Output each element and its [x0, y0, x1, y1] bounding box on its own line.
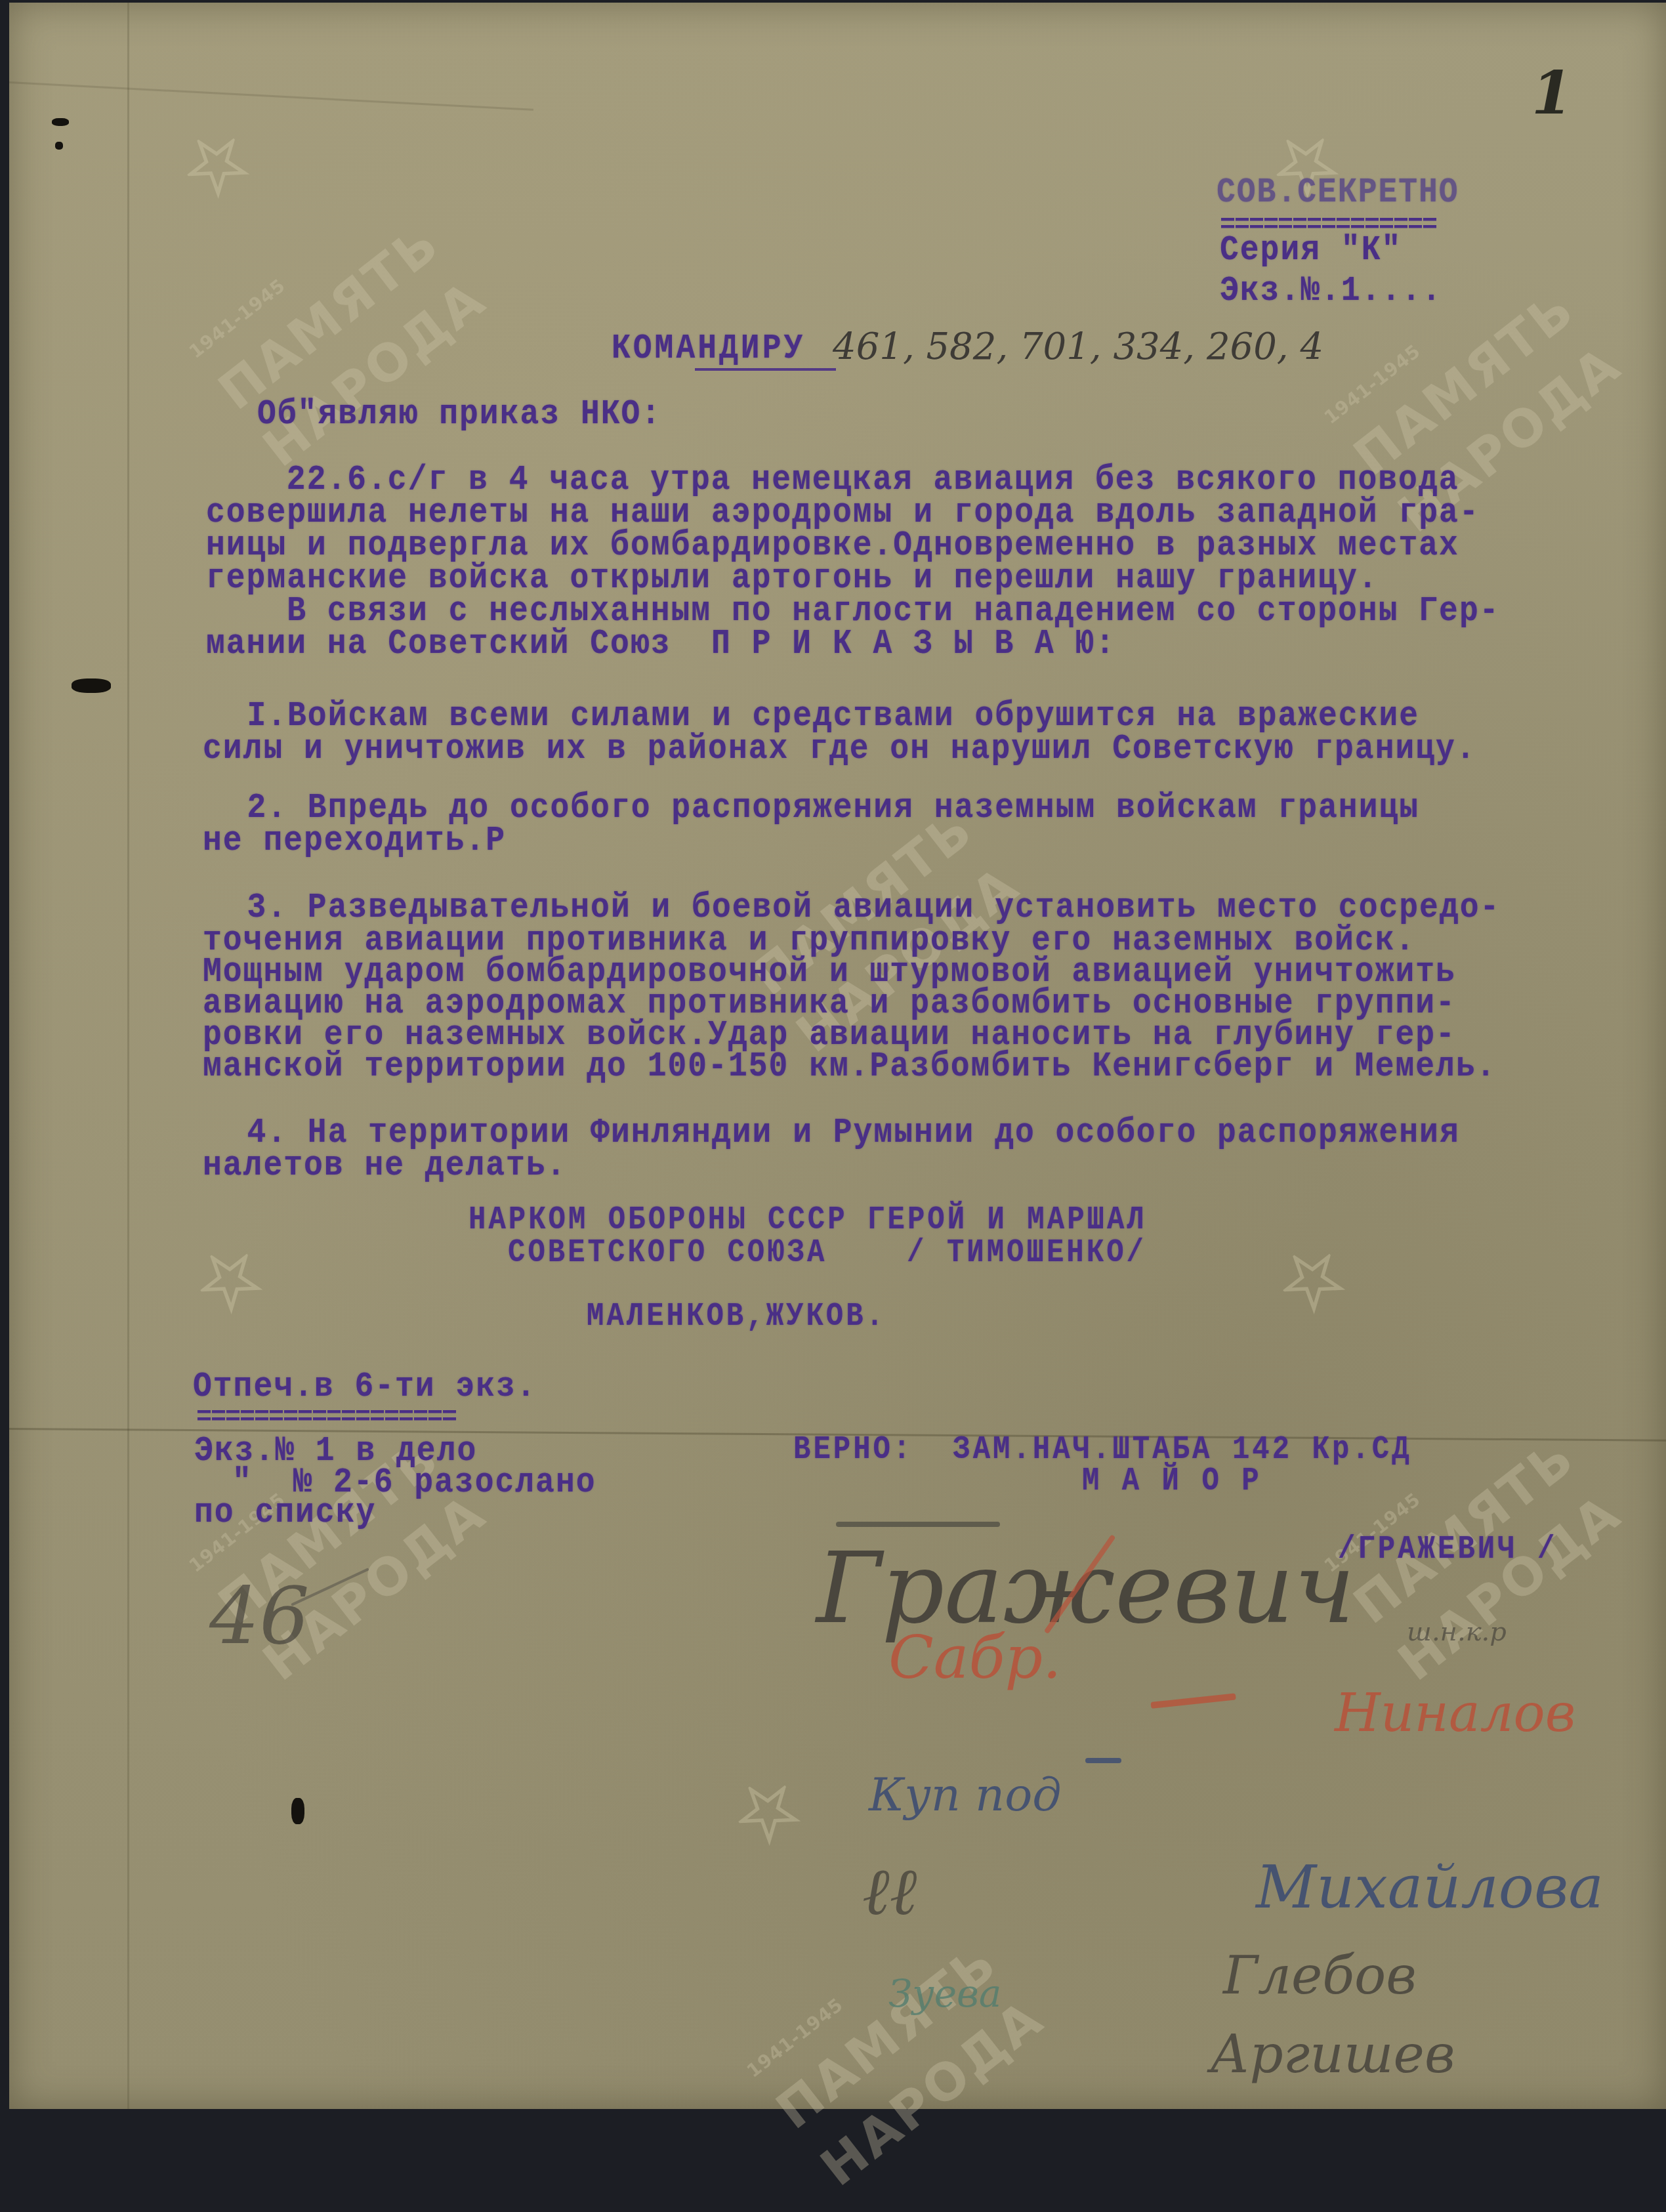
punch-hole	[291, 1798, 304, 1824]
punch-hole	[55, 142, 63, 150]
series-label: Серия "К"	[1220, 232, 1402, 269]
copy-number: Экз.№.1....	[1220, 273, 1442, 310]
star-icon	[188, 1238, 270, 1320]
star-icon	[726, 1769, 808, 1852]
signature-flourish	[836, 1522, 1000, 1527]
cosignatories: МАЛЕНКОВ,ЖУКОВ.	[587, 1299, 886, 1335]
handwritten-unit-numbers: 461, 582, 701, 334, 260, 4	[833, 325, 1323, 368]
signatory-name: СОВЕТСКОГО СОЮЗА / ТИМОШЕНКО/	[508, 1235, 1146, 1272]
star-icon	[175, 122, 257, 205]
officer-rank: М А Й О Р	[1082, 1463, 1262, 1500]
paper-crease	[9, 81, 533, 111]
blue-pencil-stroke	[1085, 1758, 1121, 1763]
addressee-label: КОМАНДИРУ	[612, 331, 805, 367]
punch-hole	[72, 678, 111, 693]
distribution-separator: ==================	[196, 1404, 456, 1433]
item-line: налетов не делать.	[203, 1148, 566, 1184]
punch-hole	[52, 118, 69, 126]
item-line: манской территории до 100-150 км.Разбомб…	[203, 1049, 1497, 1085]
star-icon	[1270, 1238, 1353, 1320]
handwritten-small-note: ш.н.к.р	[1407, 1617, 1507, 1647]
item-line: силы и уничтожив их в районах где он нар…	[203, 731, 1476, 768]
signatory-title: НАРКОМ ОБОРОНЫ СССР ГЕРОЙ И МАРШАЛ	[469, 1202, 1147, 1239]
red-pencil-stroke	[1150, 1693, 1236, 1709]
handwritten-signature-lower: ℓℓ	[862, 1853, 917, 1930]
handwritten-signature-right-1: Михайлова	[1256, 1853, 1604, 1922]
paper-fold	[127, 3, 129, 2109]
document-page: 1941-1945 ПАМЯТЬ НАРОДА 1941-1945 ПАМЯТЬ…	[9, 3, 1666, 2109]
handwritten-signature-right-3: Аргишев	[1210, 2024, 1455, 2085]
item-line: не переходить.Р	[203, 823, 506, 860]
handwritten-red-note-2: Ниналов	[1335, 1682, 1575, 1743]
handwritten-red-note: Сабр.	[888, 1623, 1062, 1692]
body-line: мании на Советский Союз П Р И К А З Ы В …	[206, 626, 1115, 663]
secrecy-label: СОВ.СЕКРЕТНО	[1217, 175, 1459, 211]
addressee-underline	[695, 368, 836, 371]
handwritten-margin-number: 46	[209, 1571, 310, 1662]
distribution-list: по списку	[194, 1495, 376, 1532]
handwritten-blue-note: Куп под	[869, 1768, 1062, 1822]
officer-name: /ГРАЖЕВИЧ /	[1338, 1532, 1557, 1568]
watermark: 1941-1945 ПАМЯТЬ НАРОДА	[173, 168, 508, 492]
handwritten-green-note: Зуева	[888, 1971, 1001, 2016]
copies-printed: Отпеч.в 6-ти экз.	[193, 1369, 537, 1406]
handwritten-signature-right-2: Глебов	[1223, 1945, 1417, 2006]
intro-line: Об"являю приказ НКО:	[257, 396, 661, 433]
page-number: 1	[1531, 58, 1573, 128]
